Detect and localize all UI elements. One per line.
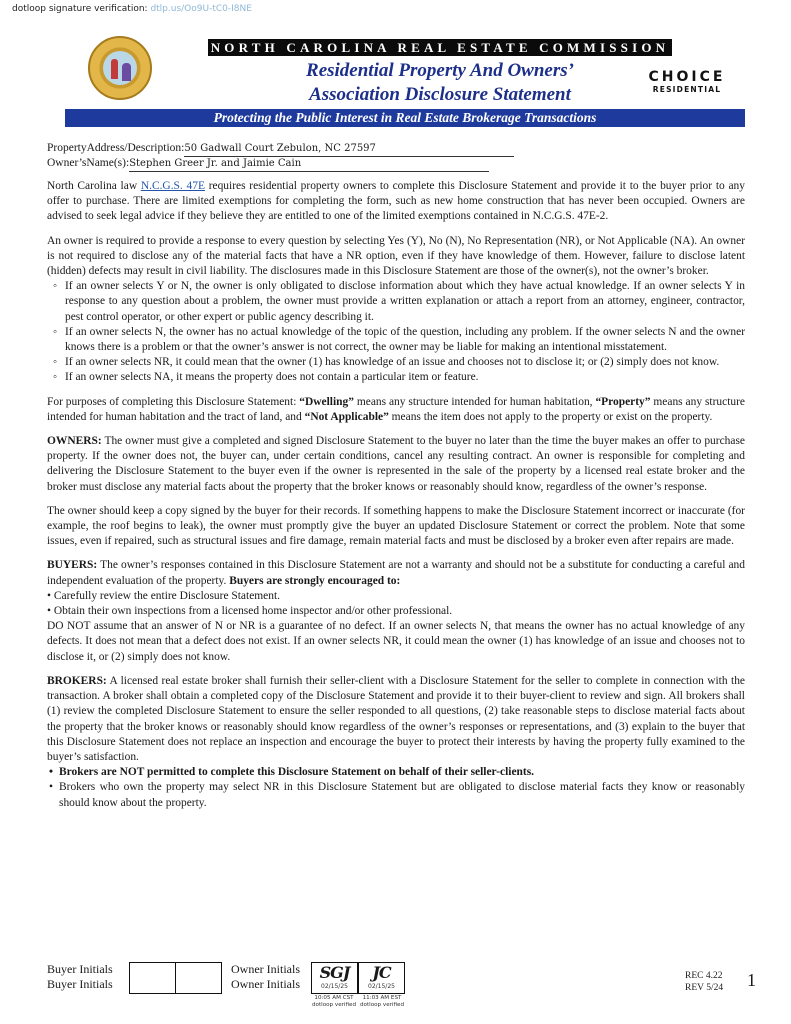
brokers-heading: BROKERS: [47, 675, 107, 687]
document-title: Residential Property And Owners’ Associa… [230, 59, 650, 107]
def-property: “Property” [595, 396, 650, 408]
intro-paragraph: North Carolina law N.C.G.S. 47E requires… [47, 179, 745, 225]
def-text-b: means any structure intended for human h… [354, 396, 596, 408]
disclosure-body: North Carolina law N.C.G.S. 47E requires… [47, 179, 745, 820]
buyer-initials-label-1: Buyer Initials [47, 962, 113, 977]
brand-logo: CHOICE RESIDENTIAL [645, 70, 729, 95]
brokers-text: A licensed real estate broker shall furn… [47, 675, 745, 763]
property-address-field: PropertyAddress/Description: 50 Gadwall … [47, 141, 514, 157]
rev-date: REV 5/24 [685, 982, 723, 994]
verification-link[interactable]: dtlp.us/Oo9U-tC0-I8NE [150, 4, 251, 14]
dotloop-stamp-2: 11:03 AM EST dotloop verified [356, 995, 408, 1008]
intro-text: North Carolina law [47, 180, 141, 192]
address-label: PropertyAddress/Description: [47, 142, 184, 154]
response-bullets: If an owner selects Y or N, the owner is… [47, 279, 745, 385]
def-not-applicable: “Not Applicable” [305, 411, 389, 423]
def-dwelling: “Dwelling” [299, 396, 354, 408]
stamp-verified-1: dotloop verified [308, 1002, 360, 1009]
owner-names-field: Owner’sName(s):Stephen Greer Jr. and Jai… [47, 156, 489, 172]
brokers-paragraph: BROKERS: A licensed real estate broker s… [47, 674, 745, 765]
commission-header: NORTH CAROLINA REAL ESTATE COMMISSION [208, 39, 672, 56]
buyers-warning: DO NOT assume that an answer of N or NR … [47, 619, 745, 665]
owners-paragraph: OWNERS: The owner must give a completed … [47, 434, 745, 495]
ncgs-47e-link[interactable]: N.C.G.S. 47E [141, 180, 205, 192]
owners-text: The owner must give a completed and sign… [47, 435, 745, 493]
title-line-1: Residential Property And Owners’ [230, 59, 650, 83]
signature-date-2: 02/15/25 [359, 983, 404, 990]
title-line-2: Association Disclosure Statement [230, 83, 650, 107]
definitions-paragraph: For purposes of completing this Disclosu… [47, 395, 745, 425]
dotloop-stamp-1: 10:05 AM CST dotloop verified [308, 995, 360, 1008]
stamp-time-2: 11:03 AM EST [356, 995, 408, 1002]
brand-sub: RESIDENTIAL [645, 85, 729, 95]
owner-initials-box-2[interactable]: JC 02/15/25 [358, 962, 405, 994]
stamp-verified-2: dotloop verified [356, 1002, 408, 1009]
verification-label: dotloop signature verification: [12, 4, 148, 14]
page-number: 1 [747, 970, 756, 991]
stamp-time-1: 10:05 AM CST [308, 995, 360, 1002]
update-paragraph: The owner should keep a copy signed by t… [47, 504, 745, 550]
banner-tagline: Protecting the Public Interest in Real E… [65, 109, 745, 127]
bullet-nr: If an owner selects NR, it could mean th… [47, 355, 745, 370]
response-paragraph: An owner is required to provide a respon… [47, 234, 745, 280]
owners-label: Owner’sName(s): [47, 157, 129, 169]
address-value[interactable]: 50 Gadwall Court Zebulon, NC 27597 [184, 142, 514, 157]
buyer-initials-label-2: Buyer Initials [47, 977, 113, 992]
owner-initials-box-1[interactable]: SGJ 02/15/25 [311, 962, 358, 994]
buyers-encouraged: Buyers are strongly encouraged to: [229, 575, 400, 587]
rec-number: REC 4.22 [685, 970, 723, 982]
signature-initials-2: JC [359, 963, 404, 983]
signature-initials-1: SGJ [312, 963, 357, 983]
nc-seal-icon [88, 36, 152, 100]
def-text-d: means the item does not apply to the pro… [389, 411, 713, 423]
signature-verification: dotloop signature verification: dtlp.us/… [12, 4, 252, 14]
signature-date-1: 02/15/25 [312, 983, 357, 990]
brand-name: CHOICE [645, 70, 729, 85]
buyer-initials-box-1[interactable] [129, 962, 176, 994]
buyers-bullet-2: • Obtain their own inspections from a li… [47, 604, 745, 619]
initials-footer: Buyer Initials Buyer Initials Owner Init… [47, 962, 787, 1022]
buyer-initials-box-2[interactable] [175, 962, 222, 994]
owner-initials-label-1: Owner Initials [231, 962, 300, 977]
brokers-bullets: Brokers are NOT permitted to complete th… [47, 765, 745, 811]
owners-value[interactable]: Stephen Greer Jr. and Jaimie Cain [129, 157, 489, 172]
buyers-bullet-1: • Carefully review the entire Disclosure… [47, 589, 745, 604]
form-revision: REC 4.22 REV 5/24 [685, 970, 723, 994]
buyers-heading: BUYERS: [47, 559, 97, 571]
owner-initials-label-2: Owner Initials [231, 977, 300, 992]
brokers-bullet-1: Brokers are NOT permitted to complete th… [47, 765, 745, 780]
buyers-paragraph: BUYERS: The owner’s responses contained … [47, 558, 745, 588]
bullet-n: If an owner selects N, the owner has no … [47, 325, 745, 355]
bullet-na: If an owner selects NA, it means the pro… [47, 370, 745, 385]
def-text-a: For purposes of completing this Disclosu… [47, 396, 299, 408]
bullet-y-n: If an owner selects Y or N, the owner is… [47, 279, 745, 325]
owners-heading: OWNERS: [47, 435, 102, 447]
brokers-bullet-2: Brokers who own the property may select … [47, 780, 745, 810]
